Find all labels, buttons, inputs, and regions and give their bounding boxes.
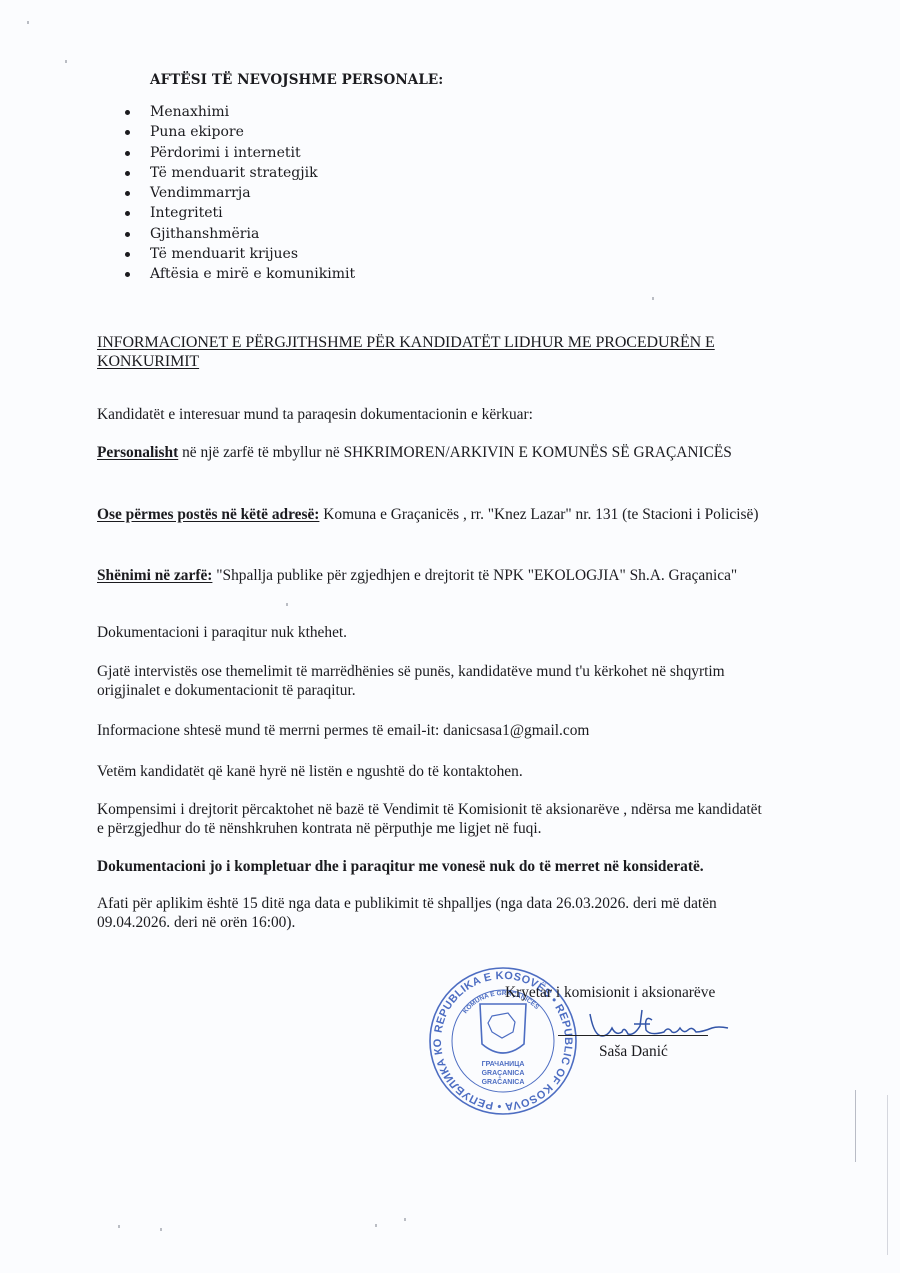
scan-speck bbox=[286, 603, 288, 606]
skill-item: Menaxhimi bbox=[124, 102, 355, 122]
signatory-name: Saša Danić bbox=[599, 1043, 668, 1061]
signatory-title: Kryetar i komisionit i aksionarëve bbox=[505, 984, 715, 1002]
scan-edge-line bbox=[887, 1095, 888, 1255]
envelope-note-label: Shënimi në zarfë: bbox=[97, 567, 212, 584]
scan-speck bbox=[160, 1228, 162, 1231]
stamp-center-line: GRAČANICA bbox=[482, 1077, 525, 1086]
skill-item: Të menduarit strategjik bbox=[124, 163, 355, 183]
scan-speck bbox=[652, 297, 654, 300]
envelope-note-text: "Shpallja publike për zgjedhjen e drejto… bbox=[212, 567, 737, 584]
skill-item: Gjithanshmëria bbox=[124, 224, 355, 244]
skills-heading: AFTËSI TË NEVOJSHME PERSONALE: bbox=[150, 72, 443, 88]
stamp-center-line: ГРАЧАНИЦА bbox=[482, 1061, 525, 1068]
skill-item: Puna ekipore bbox=[124, 122, 355, 142]
personal-delivery-paragraph: Personalisht në një zarfë të mbyllur në … bbox=[97, 443, 767, 462]
kosovo-map-icon bbox=[488, 1013, 515, 1038]
not-returned-paragraph: Dokumentacioni i paraqitur nuk kthehet. bbox=[97, 623, 767, 642]
signature-line bbox=[558, 1035, 708, 1036]
skill-item: Vendimmarrja bbox=[124, 183, 355, 203]
scan-edge-line bbox=[855, 1090, 856, 1162]
intro-paragraph: Kandidatët e interesuar mund ta paraqesi… bbox=[97, 405, 767, 424]
stamp-center-line: GRAÇANICA bbox=[482, 1070, 525, 1077]
scan-speck bbox=[65, 60, 67, 63]
scan-speck bbox=[27, 21, 29, 24]
compensation-paragraph: Kompensimi i drejtorit përcaktohet në ba… bbox=[97, 800, 767, 838]
postal-text: Komuna e Graçanicës , rr. "Knez Lazar" n… bbox=[319, 506, 758, 523]
envelope-note-paragraph: Shënimi në zarfë: "Shpallja publike për … bbox=[97, 566, 767, 585]
shortlist-paragraph: Vetëm kandidatët që kanë hyrë në listën … bbox=[97, 762, 767, 781]
postal-delivery-paragraph: Ose përmes postës në këtë adresë: Komuna… bbox=[97, 505, 767, 524]
scan-speck bbox=[375, 1224, 377, 1227]
scan-speck bbox=[118, 1225, 120, 1228]
postal-label: Ose përmes postës në këtë adresë: bbox=[97, 506, 319, 523]
originals-paragraph: Gjatë intervistës ose themelimit të marr… bbox=[97, 662, 767, 700]
skills-list: MenaxhimiPuna ekiporePërdorimi i interne… bbox=[124, 102, 355, 285]
skill-item: Integriteti bbox=[124, 203, 355, 223]
coat-of-arms-icon bbox=[480, 1004, 526, 1053]
personal-text: në një zarfë të mbyllur në SHKRIMOREN/AR… bbox=[178, 444, 732, 461]
section-title: INFORMACIONET E PËRGJITHSHME PËR KANDIDA… bbox=[97, 333, 797, 371]
handwritten-signature bbox=[588, 1006, 738, 1046]
personal-label: Personalisht bbox=[97, 444, 178, 461]
skill-item: Përdorimi i internetit bbox=[124, 143, 355, 163]
document-page: AFTËSI TË NEVOJSHME PERSONALE: Menaxhimi… bbox=[0, 0, 900, 1273]
scan-speck bbox=[404, 1218, 406, 1221]
incomplete-notice-paragraph: Dokumentacioni jo i kompletuar dhe i par… bbox=[97, 857, 767, 876]
skill-item: Aftësia e mirë e komunikimit bbox=[124, 264, 355, 284]
deadline-paragraph: Afati për aplikim është 15 ditë nga data… bbox=[97, 894, 767, 932]
skill-item: Të menduarit krijues bbox=[124, 244, 355, 264]
contact-paragraph: Informacione shtesë mund të merrni perme… bbox=[97, 721, 767, 740]
